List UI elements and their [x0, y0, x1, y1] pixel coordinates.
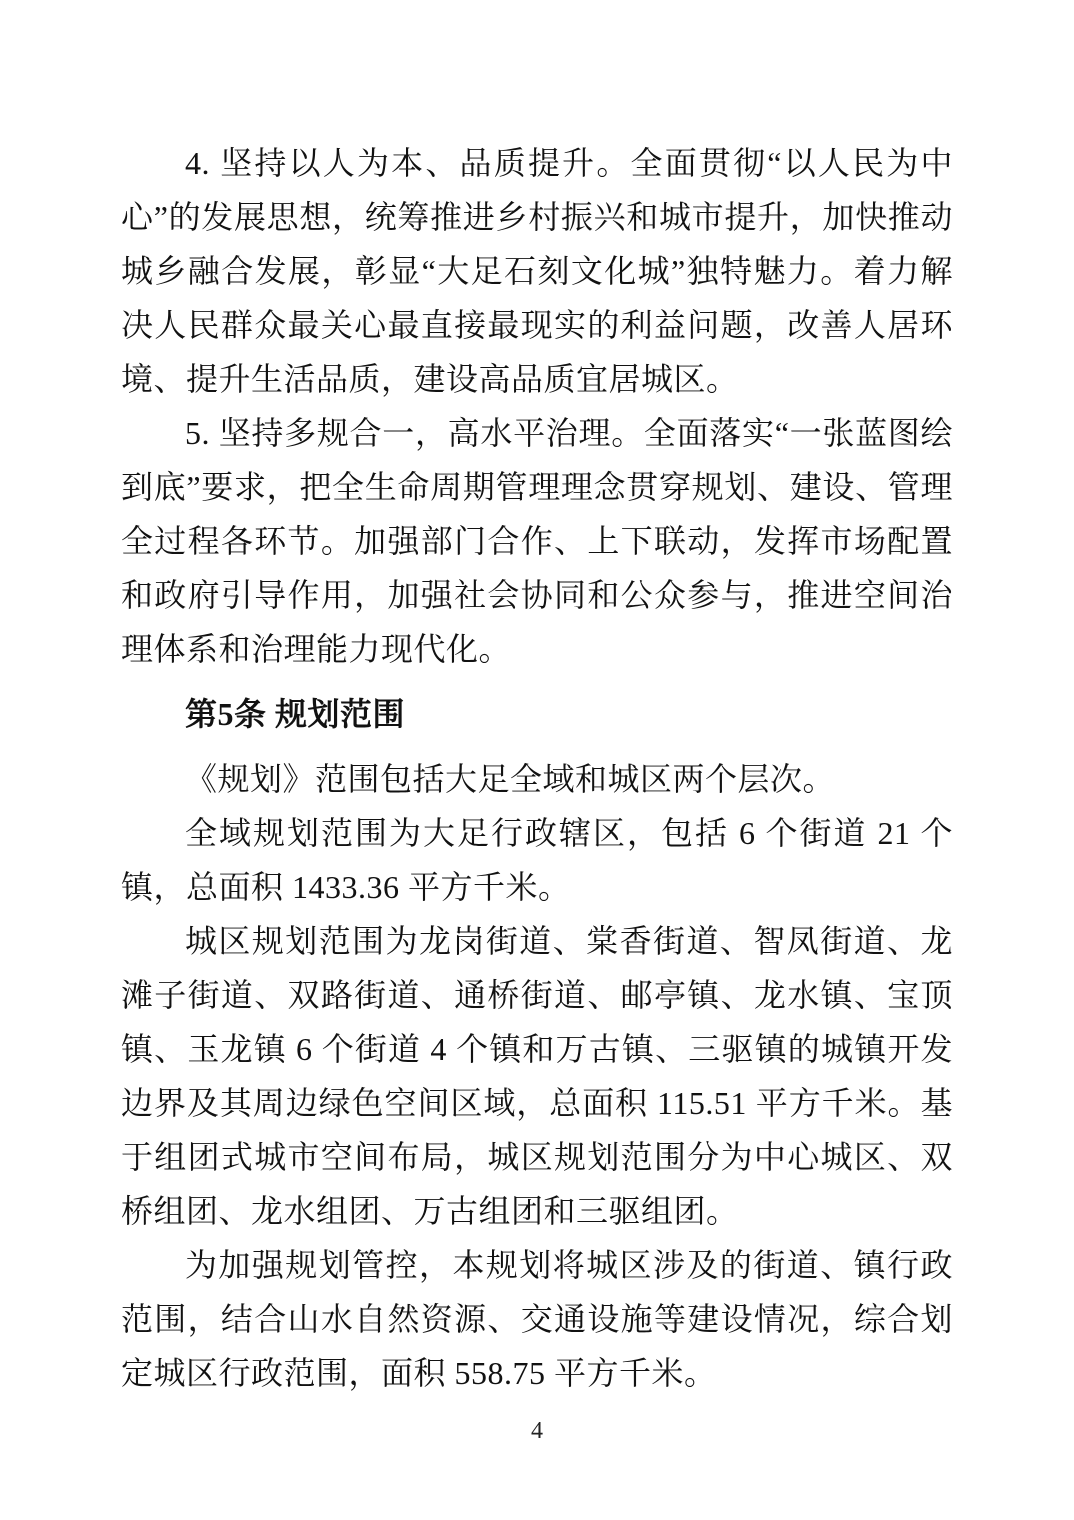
- paragraph-scope-overview: 《规划》范围包括大足全域和城区两个层次。: [121, 752, 953, 806]
- document-body: 4. 坚持以人为本、品质提升。全面贯彻“以人民为中心”的发展思想，统筹推进乡村振…: [121, 136, 953, 1400]
- paragraph-district-scope: 全域规划范围为大足行政辖区，包括 6 个街道 21 个镇，总面积 1433.36…: [121, 806, 953, 914]
- paragraph-principle-4: 4. 坚持以人为本、品质提升。全面贯彻“以人民为中心”的发展思想，统筹推进乡村振…: [121, 136, 953, 406]
- paragraph-admin-scope: 为加强规划管控，本规划将城区涉及的街道、镇行政范围，结合山水自然资源、交通设施等…: [121, 1238, 953, 1400]
- page-number: 4: [0, 1416, 1074, 1446]
- document-page: 4. 坚持以人为本、品质提升。全面贯彻“以人民为中心”的发展思想，统筹推进乡村振…: [0, 0, 1074, 1520]
- paragraph-urban-scope: 城区规划范围为龙岗街道、棠香街道、智凤街道、龙滩子街道、双路街道、通桥街道、邮亭…: [121, 914, 953, 1238]
- paragraph-principle-5: 5. 坚持多规合一，高水平治理。全面落实“一张蓝图绘到底”要求，把全生命周期管理…: [121, 406, 953, 676]
- article-5-heading: 第5条 规划范围: [121, 687, 953, 741]
